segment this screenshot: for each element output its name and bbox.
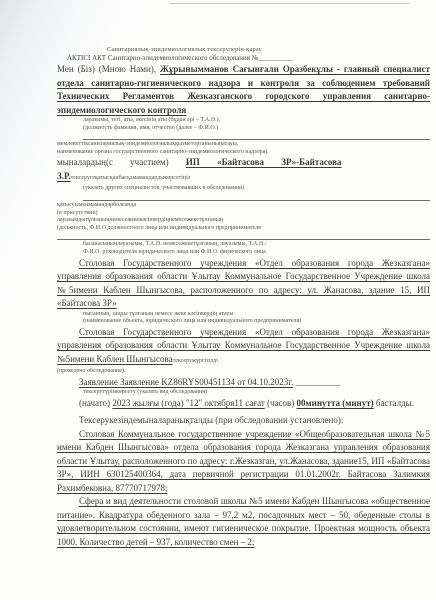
document-page: Санитариялық-эпидемиологиялық тексерулер… <box>57 46 430 549</box>
participation-label: мыналардың(с участием) <box>57 157 169 167</box>
start-date-value: 2023 жылғы (года) "12" октября11 сағат <box>112 398 264 408</box>
head-hint-kk: басшысыныңлауазымы, Т.А.Ә. немесежекетұл… <box>83 241 430 249</box>
hint-organ-kk: мемлекеттіксанитариялық-эпидемиологиялық… <box>57 141 430 149</box>
object-name-value: Столовая Государственного учреждения «От… <box>57 258 430 309</box>
participation-line2: З.Р.тексеругеқатысқанбасқамамандардыкөрс… <box>57 170 430 186</box>
object-repeat-paragraph: Столовая Государственного учреждения «От… <box>57 326 430 369</box>
hint-position-kk: лауазымы, тегі, аты, әкесінің аты (бұдан… <box>83 117 430 125</box>
application-number-value: Заявление Заявление KZ86RYS00451134 от 0… <box>79 377 293 387</box>
act-title-russian: АКТІСІ АКТ Санитарно-эпидемиологического… <box>67 54 430 63</box>
form-line <box>83 139 430 140</box>
presence-hint2-kk: лауазымдытұлғаныңнемесежекекәсіпкердіңне… <box>57 217 430 225</box>
scan-page-edge <box>170 3 410 4</box>
participation-hint-ru: (указать других специалистов, участвовав… <box>83 185 430 193</box>
presence-hint-kk: қатысуыменмамандарболғанда <box>57 202 430 210</box>
established-line: Тексерукезіндемыналаранықталды (при обсл… <box>57 414 430 428</box>
application-line: Заявление Заявление KZ86RYS00451134 от 0… <box>57 376 430 390</box>
participation-hint-kk: тексеругеқатысқанбасқамамандардыкөрсетің… <box>71 175 191 181</box>
presence-hint2-ru: (должность, Ф.И.О должностного лица или … <box>57 225 430 233</box>
findings-object-value: Столовая Коммунальное государственное уч… <box>57 429 430 493</box>
start-label-3: басталды. <box>374 398 414 408</box>
application-hint: тексерутүрінкөрсету (указать вид обследо… <box>83 389 430 397</box>
participation-line: мыналардың(с участием) ИП «Байтасова ЗР»… <box>57 156 430 170</box>
intro-lead: Мен (Біз) (Мною Нами), <box>57 64 160 74</box>
presence-hint-ru: (в присутствии) <box>57 210 430 218</box>
hint-organ-ru: наименование органа государственного сан… <box>57 149 430 157</box>
participant-value-2: З.Р. <box>57 171 71 181</box>
surveyed-label-kk: тексеружүргізілді <box>173 358 218 364</box>
hint-position-ru: (должность фамилия, имя, отчество (далее… <box>83 125 430 133</box>
start-label-2: (часов) <box>265 398 297 408</box>
participant-value: ИП «Байтасова ЗР»-Байтасова <box>186 157 342 167</box>
findings-activity-paragraph: Сфера и вид деятельности столовой школы … <box>57 495 430 549</box>
act-title-kazakh: Санитариялық-эпидемиологиялық тексерулер… <box>107 46 430 54</box>
object-hint-kk: нысанның, заңды тұлғаның немесе жеке кәс… <box>83 311 430 319</box>
surveyed-label-ru: (проведено обследование). <box>57 368 430 376</box>
head-hint-ru: Ф.И.О. руководителя юридического лица ил… <box>83 249 430 257</box>
intro-paragraph: Мен (Біз) (Мною Нами), Жұрынымманов Сағы… <box>57 63 430 117</box>
findings-object-paragraph: Столовая Коммунальное государственное уч… <box>57 428 430 496</box>
findings-activity-value: Сфера и вид деятельности столовой школы … <box>57 496 430 547</box>
object-hint-ru: (наименование объекта, юридического лица… <box>83 318 430 326</box>
form-line <box>83 200 430 201</box>
start-minutes-value: 00минутта (минут) <box>297 398 374 408</box>
start-label-1: (начато) <box>79 398 112 408</box>
object-paragraph: Столовая Государственного учреждения «От… <box>57 257 430 311</box>
object-name-repeat-value: Столовая Государственного учреждения «От… <box>57 327 430 364</box>
start-time-line: (начато) 2023 жылғы (года) "12" октября1… <box>57 397 430 411</box>
application-blank: __________ <box>295 377 340 387</box>
